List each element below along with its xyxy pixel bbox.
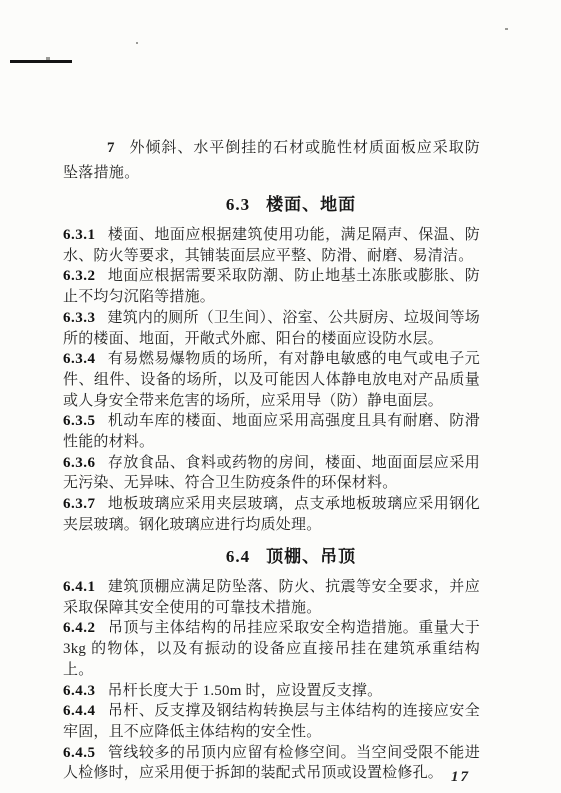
clause-6-3-7: 6.3.7地板玻璃应采用夹层玻璃，点支承地板玻璃应采用钢化夹层玻璃。钢化玻璃应进… [63,494,480,535]
clause-number: 6.3.4 [63,351,96,367]
scan-speck [505,28,508,30]
clause-6-3-6: 6.3.6存放食品、食料或药物的房间，楼面、地面面层应采用无污染、无异味、符合卫… [63,453,480,494]
clause-number: 6.4.2 [63,620,96,636]
section-title: 顶棚、吊顶 [266,547,356,566]
section-title: 楼面、地面 [266,195,356,214]
clause-text: 吊顶与主体结构的吊挂应采取安全构造措施。重量大于3kg 的物体，以及有振动的设备… [63,620,480,677]
clause-number: 6.4.3 [63,683,96,699]
section-number: 6.3 [226,195,250,214]
clause-6-3-1: 6.3.1楼面、地面应根据建筑使用功能，满足隔声、保温、防水、防火等要求，其铺装… [63,225,480,266]
scan-artifact-bar [10,60,72,63]
clause-number: 6.3.5 [63,413,96,429]
clause-6-3-3: 6.3.3建筑内的厕所（卫生间）、浴室、公共厨房、垃圾间等场所的楼面、地面，开敞… [63,308,480,349]
section-6-4-body: 6.4.1建筑顶棚应满足防坠落、防火、抗震等安全要求，并应采取保障其安全使用的可… [63,577,480,784]
clause-text: 机动车库的楼面、地面应采用高强度且具有耐磨、防滑性能的材料。 [63,413,480,450]
clause-6-4-2: 6.4.2吊顶与主体结构的吊挂应采取安全构造措施。重量大于3kg 的物体，以及有… [63,618,480,680]
clause-number: 6.4.4 [63,703,96,719]
clause-text: 地板玻璃应采用夹层玻璃，点支承地板玻璃应采用钢化夹层玻璃。钢化玻璃应进行均质处理… [63,496,480,533]
clause-number: 6.4.1 [63,579,96,595]
section-6-3-heading: 6.3楼面、地面 [83,196,499,214]
clause-text: 吊杆长度大于 1.50m 时，应设置反支撑。 [108,683,383,699]
clause-6-4-4: 6.4.4吊杆、反支撑及钢结构转换层与主体结构的连接应安全牢固，且不应降低主体结… [63,701,480,742]
clause-6-3-5: 6.3.5机动车库的楼面、地面应采用高强度且具有耐磨、防滑性能的材料。 [63,411,480,452]
clause-text: 有易燃易爆物质的场所，有对静电敏感的电气或电子元件、组件、设备的场所，以及可能因… [63,351,480,408]
page-number: 17 [451,769,470,786]
clause-text: 建筑顶棚应满足防坠落、防火、抗震等安全要求，并应采取保障其安全使用的可靠技术措施… [63,579,480,616]
intro-item-text: 外倾斜、水平倒挂的石材或脆性材质面板应采取防坠落措施。 [63,140,480,181]
section-number: 6.4 [226,547,250,566]
clause-text: 存放食品、食料或药物的房间，楼面、地面面层应采用无污染、无异味、符合卫生防疫条件… [63,455,480,492]
scan-speck [46,57,50,60]
document-page: 7外倾斜、水平倒挂的石材或脆性材质面板应采取防坠落措施。 6.3楼面、地面 6.… [0,0,561,793]
clause-6-3-2: 6.3.2地面应根据需要采取防潮、防止地基土冻胀或膨胀、防止不均匀沉陷等措施。 [63,266,480,307]
intro-list-item-7: 7外倾斜、水平倒挂的石材或脆性材质面板应采取防坠落措施。 [63,136,480,185]
scan-speck [136,42,138,44]
clause-6-4-1: 6.4.1建筑顶棚应满足防坠落、防火、抗震等安全要求，并应采取保障其安全使用的可… [63,577,480,618]
clause-text: 地面应根据需要采取防潮、防止地基土冻胀或膨胀、防止不均匀沉陷等措施。 [63,268,480,305]
clause-text: 吊杆、反支撑及钢结构转换层与主体结构的连接应安全牢固，且不应降低主体结构的安全性… [63,703,480,740]
clause-text: 管线较多的吊顶内应留有检修空间。当空间受限不能进人检修时，应采用便于拆卸的装配式… [63,745,480,782]
clause-6-3-4: 6.3.4有易燃易爆物质的场所，有对静电敏感的电气或电子元件、组件、设备的场所，… [63,349,480,411]
clause-number: 6.3.7 [63,496,96,512]
clause-number: 6.3.2 [63,268,96,284]
clause-number: 6.3.6 [63,455,96,471]
clause-text: 建筑内的厕所（卫生间）、浴室、公共厨房、垃圾间等场所的楼面、地面，开敞式外廊、阳… [63,310,480,347]
clause-number: 6.3.1 [63,227,96,243]
clause-text: 楼面、地面应根据建筑使用功能，满足隔声、保温、防水、防火等要求，其铺装面层应平整… [63,227,480,264]
section-6-4-heading: 6.4顶棚、吊顶 [83,548,499,566]
intro-item-number: 7 [107,140,115,156]
clause-number: 6.3.3 [63,310,96,326]
clause-number: 6.4.5 [63,745,96,761]
section-6-3-body: 6.3.1楼面、地面应根据建筑使用功能，满足隔声、保温、防水、防火等要求，其铺装… [63,225,480,536]
clause-6-4-5: 6.4.5管线较多的吊顶内应留有检修空间。当空间受限不能进人检修时，应采用便于拆… [63,743,480,784]
clause-6-4-3: 6.4.3吊杆长度大于 1.50m 时，应设置反支撑。 [63,681,480,702]
